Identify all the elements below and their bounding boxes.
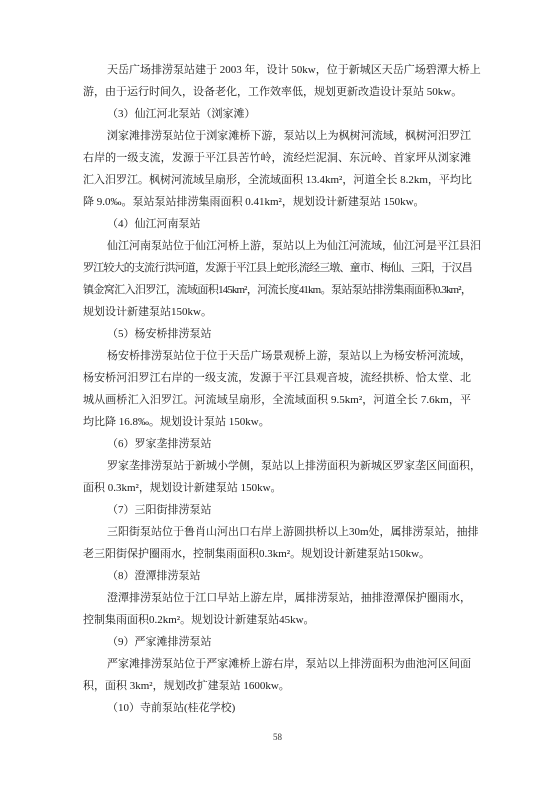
text-line: 罗家垄排涝泵站于新城小学侧，泵站以上排涝面积为新城区罗家垄区间面积， xyxy=(83,455,471,477)
text-line: 规划设计新建泵站150kw。 xyxy=(83,301,471,323)
text-line: 降 9.0‰。泵站泵站排涝集雨面积 0.41km²，规划设计新建泵站 150kw… xyxy=(83,191,471,213)
document-page: 天岳广场排涝泵站建于 2003 年，设计 50kw，位于新城区天岳广场碧潭大桥上… xyxy=(0,0,555,785)
text-line: 三阳街泵站位于鲁肖山河出口右岸上游圆拱桥以上30m处，属排涝泵站，抽排 xyxy=(83,521,471,543)
text-line: 严家滩排涝泵站位于严家滩桥上游右岸，泵站以上排涝面积为曲池河区间面 xyxy=(83,653,471,675)
text-line: 澄潭排涝泵站位于江口早站上游左岸，属排涝泵站，抽排澄潭保护圈雨水， xyxy=(83,587,471,609)
text-line: 老三阳街保护圈雨水，控制集雨面积0.3km²。规划设计新建泵站150kw。 xyxy=(83,543,471,565)
section-heading-line: （9）严家滩排涝泵站 xyxy=(83,631,471,653)
section-heading-line: （10）寺前泵站(桂花学校) xyxy=(83,697,471,719)
page-number: 58 xyxy=(0,732,555,742)
section-heading-line: （4）仙江河南泵站 xyxy=(83,213,471,235)
text-line: 积，面积 3km²，规划改扩建泵站 1600kw。 xyxy=(83,675,471,697)
text-line: 杨安桥河汨罗江右岸的一级支流，发源于平江县观音坡，流经拱桥、恰太堂、北 xyxy=(83,367,471,389)
text-line: 均比降 16.8‰。规划设计泵站 150kw。 xyxy=(83,411,471,433)
text-line: 面积 0.3km²，规划设计新建泵站 150kw。 xyxy=(83,477,471,499)
section-heading-line: （6）罗家垄排涝泵站 xyxy=(83,433,471,455)
section-heading-line: （7）三阳街排涝泵站 xyxy=(83,499,471,521)
text-line: 游，由于运行时间久，设备老化，工作效率低，规划更新改造设计泵站 50kw。 xyxy=(83,81,471,103)
section-heading-line: （8）澄潭排涝泵站 xyxy=(83,565,471,587)
text-line: 仙江河南泵站位于仙江河桥上游，泵站以上为仙江河流域，仙江河是平江县汨 xyxy=(83,235,471,257)
text-line: 罗江较大的支流行洪河道，发源于平江县上蛇形,流经三墩、童市、梅仙、三阳，于汉昌 xyxy=(83,257,471,279)
text-line: 控制集雨面积0.2km²。规划设计新建泵站45kw。 xyxy=(83,609,471,631)
document-body: 天岳广场排涝泵站建于 2003 年，设计 50kw，位于新城区天岳广场碧潭大桥上… xyxy=(83,59,471,719)
text-line: 天岳广场排涝泵站建于 2003 年，设计 50kw，位于新城区天岳广场碧潭大桥上 xyxy=(83,59,471,81)
section-heading-line: （3）仙江河北泵站（浏家滩） xyxy=(83,103,471,125)
text-line: 杨安桥排涝泵站位于位于天岳广场景观桥上游，泵站以上为杨安桥河流域， xyxy=(83,345,471,367)
text-line: 汇入汨罗江。枫树河流域呈扇形，全流域面积 13.4km²，河道全长 8.2km，… xyxy=(83,169,471,191)
text-line: 镇金窝汇入汨罗江，流域面积145km²，河流长度41km。泵站泵站排涝集雨面积0… xyxy=(83,279,471,301)
text-line: 浏家滩排涝泵站位于浏家滩桥下游，泵站以上为枫树河流域，枫树河汨罗江 xyxy=(83,125,471,147)
section-heading-line: （5）杨安桥排涝泵站 xyxy=(83,323,471,345)
text-line: 城从画桥汇入汨罗江。河流域呈扇形，全流域面积 9.5km²，河道全长 7.6km… xyxy=(83,389,471,411)
text-line: 右岸的一级支流，发源于平江县苦竹岭，流经烂泥洞、东沅岭、首家坪从浏家滩 xyxy=(83,147,471,169)
